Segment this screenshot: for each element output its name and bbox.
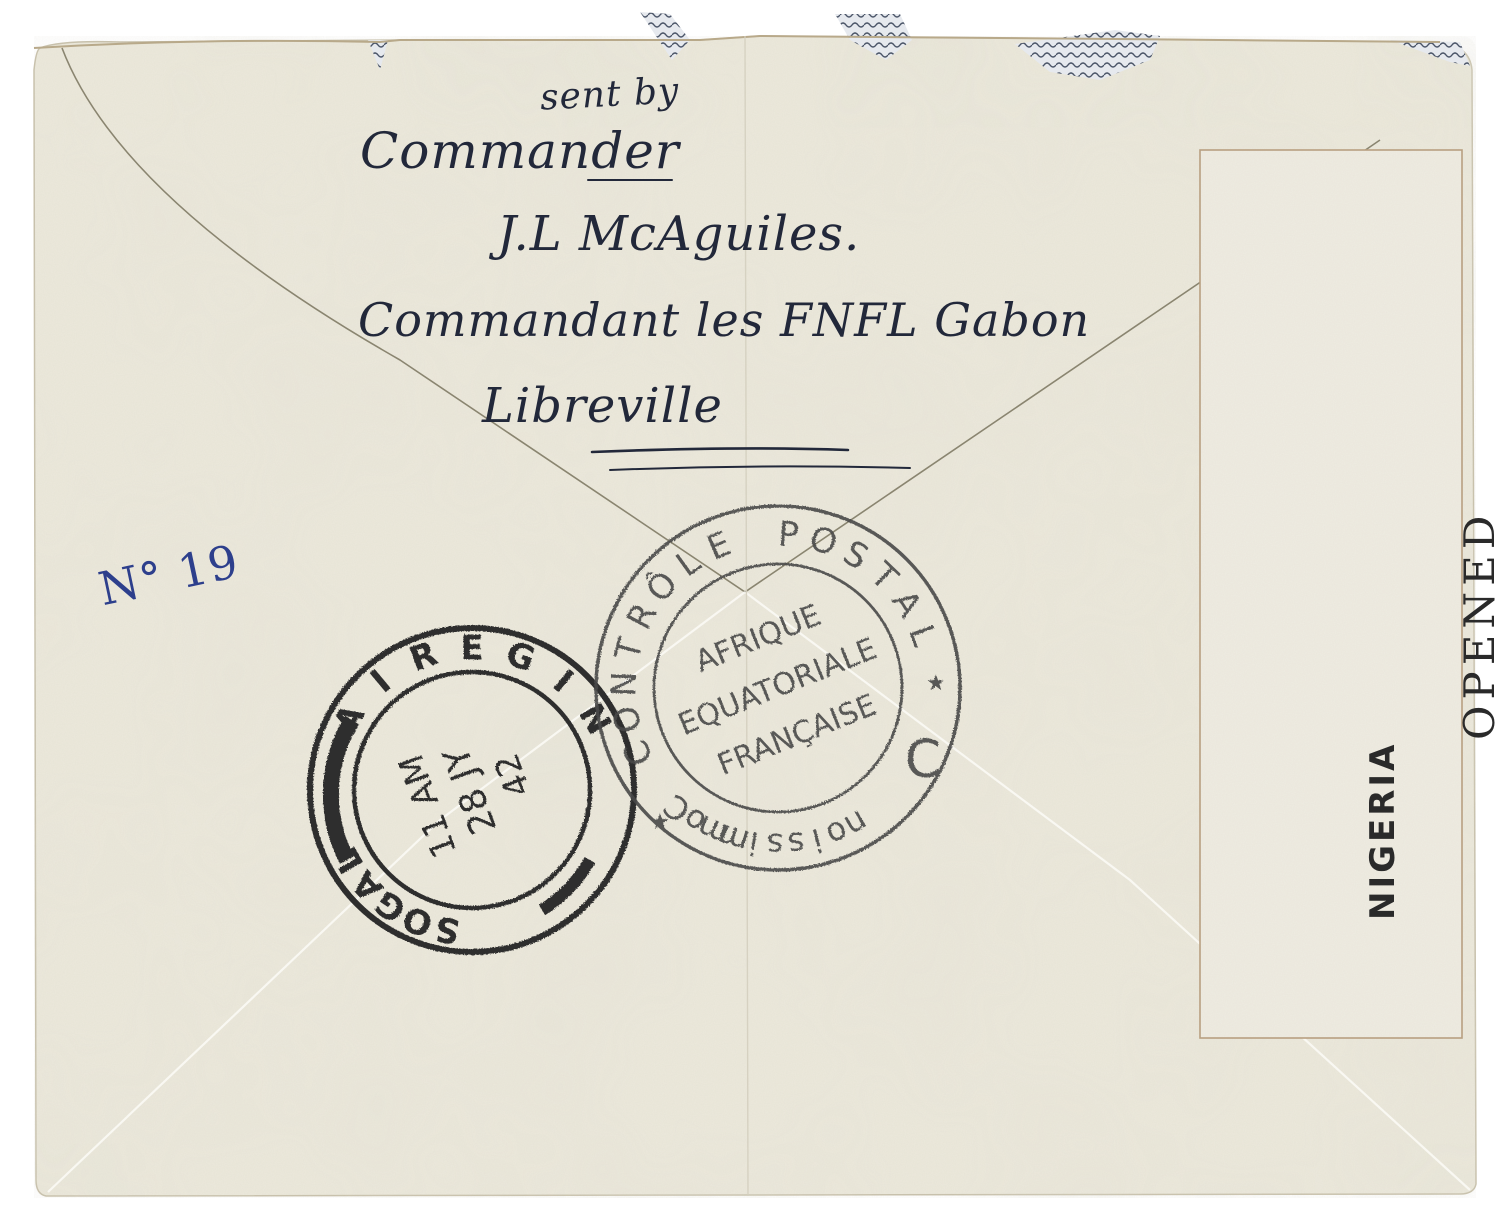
sender-note-line5: Libreville [482,378,723,434]
sender-note-line2: Commander [360,122,680,180]
censor-label-text: NIGERIA [1363,742,1403,920]
censor-label-edge-text: OPENED BY [1455,510,1500,740]
svg-text:s: s [766,826,783,864]
envelope-scene: LAGOSNIGERIA11 AM28 JY42 CONTRÔLE POSTAL… [0,0,1500,1210]
censor-label [1200,150,1462,1038]
svg-text:C: C [905,730,941,790]
svg-text:N: N [604,671,645,697]
svg-text:★: ★ [650,810,670,835]
sender-note-line3: J.L McAguiles. [497,206,860,262]
sender-note-line4: Commandant les FNFL Gabon [358,293,1090,347]
svg-text:E: E [460,629,483,669]
sender-note-line1: sent by [539,70,680,118]
svg-text:P: P [777,514,800,555]
svg-text:★: ★ [926,671,946,696]
